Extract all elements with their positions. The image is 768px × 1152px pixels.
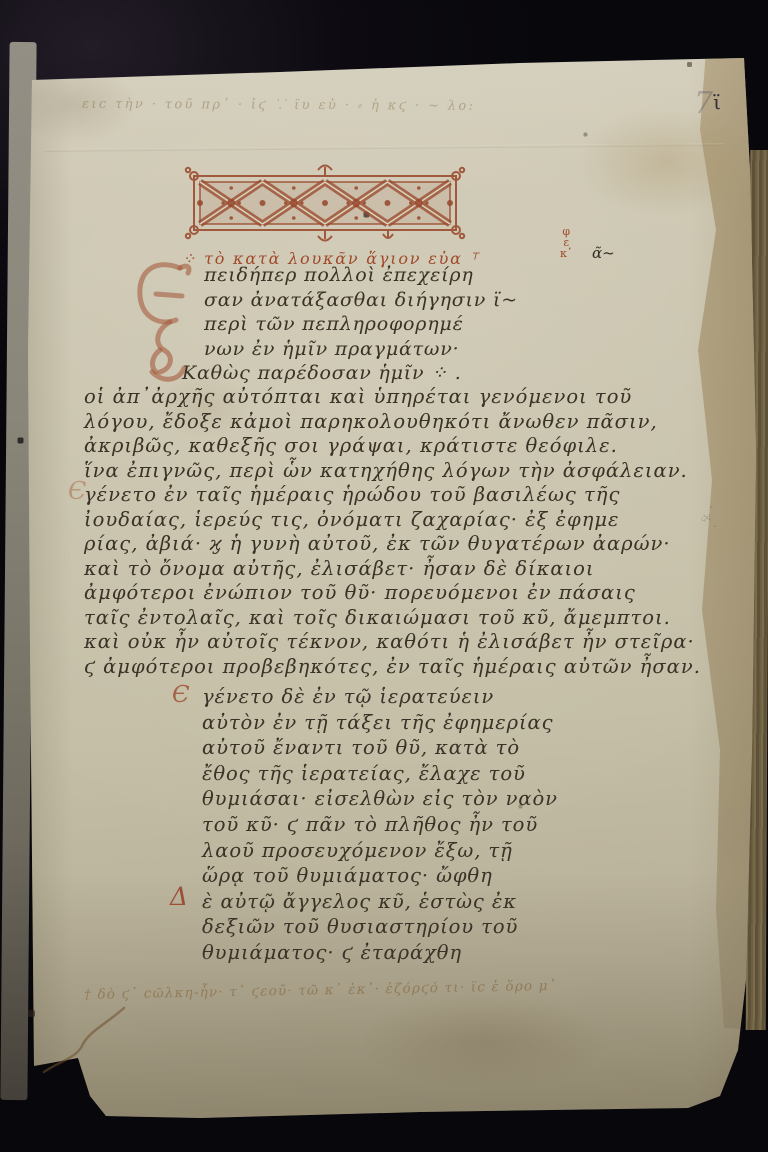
initial-egeneto-red: Є [172, 682, 190, 708]
text-line: ρίας, ἀβιά· ϗ ἡ γυνὴ αὐτοῦ, ἐκ τῶν θυγατ… [84, 532, 701, 557]
text-line: δεξιῶν τοῦ θυσιαστηρίου τοῦ [202, 914, 558, 940]
kephalaion-mark: φ ε κ᾽ [560, 226, 572, 259]
folio-digit-faint: 7 [694, 86, 713, 121]
text-line: αὐτοῦ ἔναντι τοῦ θῦ, κατὰ τὸ [202, 735, 558, 761]
marginal-note-top: ειϲ τὴν · τοῦ πρ᾽ · ἰϛ ⸪ ϊυ εὐ · ⸗ ἡ κϛ … [82, 94, 552, 114]
text-line: θυμιάσαι· εἰσελθὼν εἰς τὸν ναὸν [202, 786, 558, 812]
headpiece-ornament [184, 160, 476, 248]
folio-digit-dark: ϊ [713, 90, 721, 114]
manuscript-photo: ειϲ τὴν · τοῦ πρ᾽ · ἰϛ ⸪ ϊυ εὐ · ⸗ ἡ κϛ … [0, 0, 768, 1152]
text-line: πειδήπερ πολλοὶ ἐπεχείρη [204, 263, 518, 288]
main-text-block: οἱ ἀπ᾽ἀρχῆς αὐτόπται καὶ ὑπηρέται γενόμε… [84, 385, 701, 679]
text-line: καὶ οὐκ ἦν αὐτοῖς τέκνον, καθότι ἡ ἐλισά… [84, 630, 701, 655]
folio-number: 7ϊ [694, 86, 721, 121]
text-line: ἵνα ἐπιγνῶς, περὶ ὧν κατηχήθης λόγων τὴν… [84, 459, 701, 484]
text-line: γένετο δὲ ἐν τῷ ἱερατεύειν [202, 684, 558, 710]
text-line: ὲ αὐτῷ ἄγγελος κῦ, ἑστὼς ἐκ [202, 889, 558, 915]
text-line: Καθὼς παρέδοσαν ἡμῖν ⁘ . [182, 361, 518, 386]
text-line: τοῦ κῦ· ϛ πᾶν τὸ πλῆθος ἦν τοῦ [202, 812, 558, 838]
text-line: θυμιάματος· ϛ ἐταράχθη [202, 940, 558, 966]
text-line: λόγου, ἔδοξε κἀμοὶ παρηκολουθηκότι ἄνωθε… [84, 410, 701, 435]
text-line: ἀμφότεροι ἐνώπιον τοῦ θῦ· πορευόμενοι ἐν… [84, 581, 701, 606]
text-line: ἔθος τῆς ἱερατείας, ἔλαχε τοῦ [202, 761, 558, 787]
text-line: ταῖς ἐντολαῖς, καὶ τοῖς δικαιώμασι τοῦ κ… [84, 606, 701, 631]
text-line: ἀκριβῶς, καθεξῆς σοι γράψαι, κράτιστε θε… [84, 434, 701, 459]
text-line: γένετο ἐν ταῖς ἡμέραις ἡρώδου τοῦ βασιλέ… [84, 483, 701, 508]
text-line: περὶ τῶν πεπληροφορημέ [204, 312, 518, 337]
text-line: ὥρᾳ τοῦ θυμιάματος· ὤφθη [202, 863, 558, 889]
text-line: καὶ τὸ ὄνομα αὐτῆς, ἐλισάβετ· ἦσαν δὲ δί… [84, 557, 701, 582]
chapter-number: ᾶ~ [592, 244, 615, 262]
narrow-text-block: γένετο δὲ ἐν τῷ ἱερατεύειν αὐτὸν ἐν τῇ τ… [202, 684, 558, 966]
text-layer: ειϲ τὴν · τοῦ πρ᾽ · ἰϛ ⸪ ϊυ εὐ · ⸗ ἡ κϛ … [0, 0, 768, 1152]
margin-scribble: ᾿ϗ᾿ [698, 504, 718, 535]
marginal-note-bottom: † δὸ ϛ᾽ ϲῶλκη-ἦν· τ᾽ ϛεοῦ· τῶ κ᾽ ἐκ᾽· ἐζ… [84, 977, 594, 1003]
text-line: οἱ ἀπ᾽ἀρχῆς αὐτόπται καὶ ὑπηρέται γενόμε… [84, 385, 701, 410]
initial-delta-red: Δ [170, 882, 188, 911]
text-line: αὐτὸν ἐν τῇ τάξει τῆς ἐφημερίας [202, 710, 558, 736]
text-line: λαοῦ προσευχόμενον ἔξω, τῇ [202, 838, 558, 864]
text-line: ϛ ἀμφότεροι προβεβηκότες, ἐν ταῖς ἡμέραι… [84, 655, 701, 680]
text-line: σαν ἀνατάξασθαι διήγησιν ϊ~ [204, 288, 518, 313]
text-line: νων ἐν ἡμῖν πραγμάτων· [204, 337, 518, 362]
text-line: ἰουδαίας, ἱερεύς τις, ὀνόματι ζαχαρίας· … [84, 508, 701, 533]
opening-text-block: πειδήπερ πολλοὶ ἐπεχείρη σαν ἀνατάξασθαι… [204, 263, 518, 386]
